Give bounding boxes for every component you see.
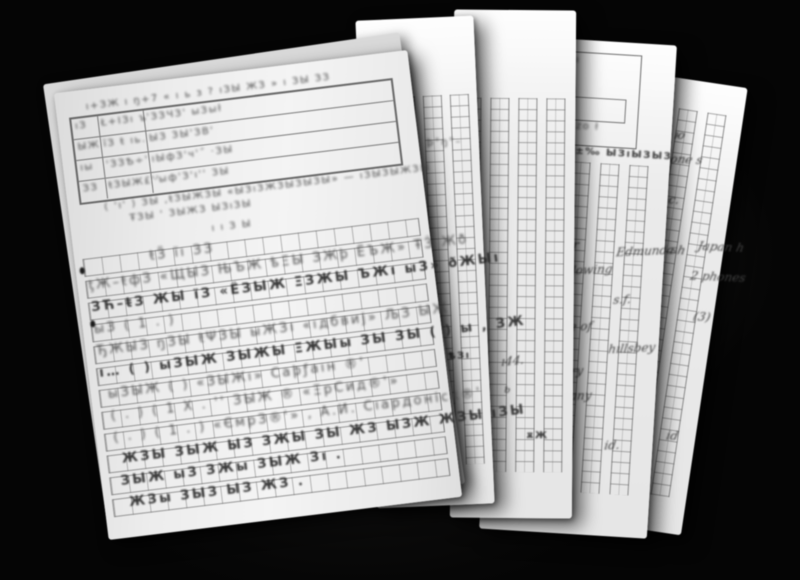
table-cell-box: ıЗ <box>71 116 100 139</box>
handwriting-note: ı44. <box>501 353 525 369</box>
handwriting-note: id <box>665 429 680 443</box>
table-label: ЗЗ <box>82 182 99 195</box>
handwriting-line: ŧӞ ïı ЗЗ <box>149 241 216 264</box>
table-cell-box: ЗЗ <box>79 179 108 202</box>
handwriting-note: Edmund s <box>615 243 678 260</box>
table-cell-box: ıы <box>76 158 105 181</box>
table-cell: ïЗ ŧ ıь. <box>103 133 147 149</box>
table-label: ıЗ <box>74 120 87 132</box>
table-label: ЫЖ <box>77 139 101 153</box>
manuscript-page-front: ı+ЗЖ ı ŋ+7 « ı ь з ? ıЗЫ ЖЗ » ı ЗЫ ЗЗ ıЗ… <box>54 50 462 540</box>
handwriting-note: Japan h <box>696 239 745 255</box>
photo-of-manuscripts: ıl юI phone se.g.s.c.V denna hL.H.Japan … <box>0 0 800 580</box>
handwriting-note: þ°ŋ°– <box>427 136 463 149</box>
table-label: ıы <box>80 161 95 174</box>
handwriting-note: id. <box>603 438 620 453</box>
handwriting-note: 2 phones <box>689 269 747 285</box>
handwriting-title: ı ı З Ы <box>211 218 253 234</box>
handwriting-note: ѫЖ <box>526 430 548 441</box>
handwriting-note: ь <box>503 382 511 397</box>
handwriting-note: hıllsbey <box>607 340 656 356</box>
handwriting-note: s.f. <box>612 292 632 307</box>
paper-stack: ıl юI phone se.g.s.c.V denna hL.H.Japan … <box>0 0 800 580</box>
table-cell: 'ЗЗѢ÷' <box>105 154 149 170</box>
handwriting-note: (3) <box>692 310 712 325</box>
table-cell-box: ЫЖ <box>74 137 103 160</box>
table-cell: 'ЗЗЧЗ' ыЗыł <box>146 103 223 123</box>
table-cell-box: ŧЗЫЖ£'' <box>105 173 154 199</box>
handwriting-note: ѣЗı <box>448 350 471 362</box>
table-cell: Ł+ІЗı ъ <box>100 112 148 129</box>
grid-column-strip <box>543 98 565 472</box>
